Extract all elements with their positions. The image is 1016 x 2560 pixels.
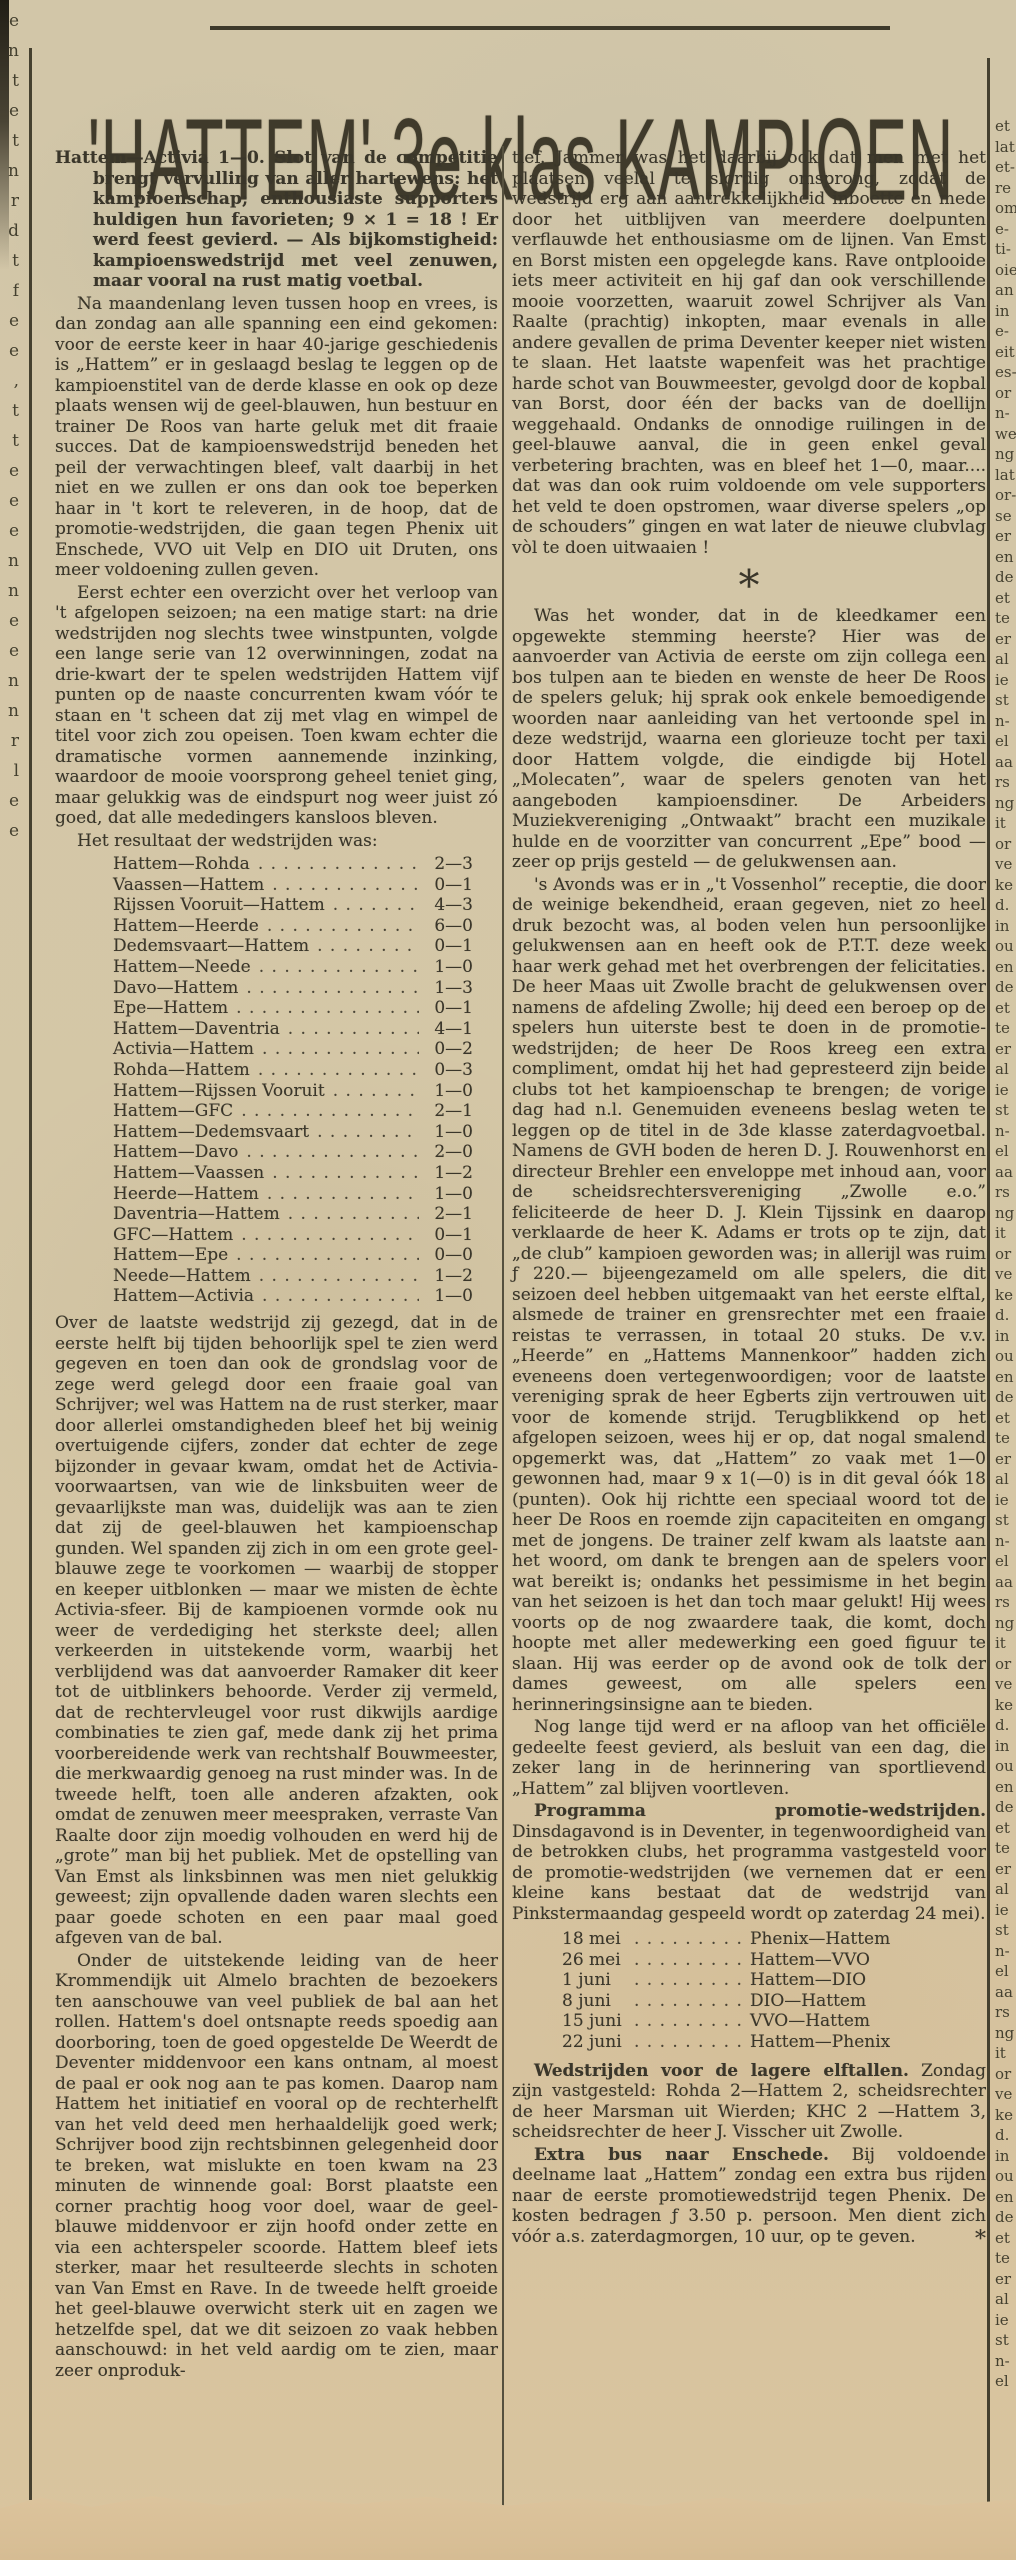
edge-fragment-letter: e (0, 516, 19, 546)
edge-fragment-letter: om (995, 198, 1016, 219)
schedule-row: 8 juni DIO—Hattem (562, 1991, 962, 2012)
paragraph-na-maandenlang: Na maandenlang leven tussen hoop en vree… (55, 294, 498, 581)
edge-fragment-letter: d. (995, 2125, 1016, 2146)
paragraph-eerst-echter: Eerst echter een overzicht over het verl… (55, 583, 498, 829)
schedule-row: 1 juni Hattem—DIO (562, 1970, 962, 1991)
edge-fragment-letter: n (0, 36, 19, 66)
lagere-title: Wedstrijden voor de lagere elftallen. (534, 2061, 909, 2081)
edge-fragment-letter: el (995, 1141, 1016, 1162)
dot-leader (267, 916, 419, 937)
edge-fragment-letter: te (995, 1838, 1016, 1859)
dot-leader (288, 1204, 419, 1225)
result-score: 0—1 (427, 998, 473, 1019)
edge-fragment-letter: en (995, 1367, 1016, 1388)
result-score: 2—1 (427, 1204, 473, 1225)
result-row: Davo—Hattem 1—3 (113, 978, 473, 999)
edge-fragment-letter: el (995, 2371, 1016, 2392)
edge-fragment-letter: n- (995, 1121, 1016, 1142)
extra-bus-title: Extra bus naar Enschede. (534, 2145, 829, 2165)
result-row: Hattem—Heerde 6—0 (113, 916, 473, 937)
torn-bottom-edge (0, 2492, 1016, 2560)
edge-fragment-letter: ke (995, 1695, 1016, 1716)
edge-fragment-letter: en (995, 1777, 1016, 1798)
paragraph-tief: tief. Jammer was het daarbij ook dat men… (512, 148, 986, 558)
edge-fragment-letter: it (995, 1223, 1016, 1244)
schedule-row: 26 mei Hattem—VVO (562, 1950, 962, 1971)
result-row: Hattem—Neede 1—0 (113, 957, 473, 978)
result-row: Hattem—Rijssen Vooruit 1—0 (113, 1081, 473, 1102)
edge-fragment-letter: el (995, 1551, 1016, 1572)
result-score: 1—2 (427, 1163, 473, 1184)
edge-fragment-letter: ie (995, 670, 1016, 691)
edge-fragment-letter: ti- (995, 239, 1016, 260)
schedule-date: 26 mei (562, 1950, 626, 1971)
result-match: Hattem—Vaassen (113, 1163, 264, 1184)
result-score: 1—0 (427, 1081, 473, 1102)
edge-fragment-letter: al (995, 1059, 1016, 1080)
result-row: Neede—Hattem 1—2 (113, 1266, 473, 1287)
dot-leader (246, 978, 419, 999)
edge-fragment-letter: el (995, 731, 1016, 752)
left-column-rule (29, 48, 32, 2500)
article-right-column: tief. Jammer was het daarbij ook dat men… (512, 148, 986, 2249)
edge-fragment-letter: n- (995, 2351, 1016, 2372)
schedule-match: Hattem—DIO (750, 1970, 955, 1991)
edge-fragment-letter: st (995, 2330, 1016, 2351)
edge-fragment-letter: et (995, 998, 1016, 1019)
result-score: 2—0 (427, 1142, 473, 1163)
result-score: 2—1 (427, 1101, 473, 1122)
result-score: 1—2 (427, 1266, 473, 1287)
edge-fragment-letter: rs (995, 1592, 1016, 1613)
edge-fragment-letter: ng (995, 2023, 1016, 2044)
schedule-date: 8 juni (562, 1991, 626, 2012)
edge-fragment-letter: aa (995, 752, 1016, 773)
edge-fragment-letter: er (995, 629, 1016, 650)
edge-fragment-letter: d. (995, 1305, 1016, 1326)
edge-fragment-letter: e- (995, 321, 1016, 342)
dot-leader (288, 1019, 419, 1040)
edge-fragment-letter: in (995, 301, 1016, 322)
edge-fragment-letter: t (0, 396, 19, 426)
schedule-date: 18 mei (562, 1929, 626, 1950)
schedule-match: Hattem—VVO (750, 1950, 955, 1971)
edge-fragment-letter: ng (995, 1613, 1016, 1634)
edge-fragment-letter: d. (995, 895, 1016, 916)
result-score: 1—3 (427, 978, 473, 999)
result-score: 1—0 (427, 957, 473, 978)
result-match: Hattem—Epe (113, 1245, 228, 1266)
edge-fragment-letter: et- (995, 157, 1016, 178)
edge-fragment-letter: st (995, 1100, 1016, 1121)
edge-fragment-letter: or (995, 383, 1016, 404)
result-match: Activia—Hattem (113, 1039, 254, 1060)
paragraph-nog-lange-tijd: Nog lange tijd werd er na afloop van het… (512, 1717, 986, 1799)
result-match: GFC—Hattem (113, 1225, 233, 1246)
results-intro: Het resultaat der wedstrijden was: (55, 831, 498, 852)
schedule-row: 22 juni Hattem—Phenix (562, 2032, 962, 2053)
edge-fragment-letter: t (0, 426, 19, 456)
result-match: Vaassen—Hattem (113, 875, 264, 896)
edge-fragment-letter: de (995, 977, 1016, 998)
edge-fragment-letter: e (0, 456, 19, 486)
edge-fragment-letter: e- (995, 219, 1016, 240)
edge-fragment-letter: ve (995, 2084, 1016, 2105)
edge-fragment-letter: ke (995, 2105, 1016, 2126)
edge-fragment-letter: t (0, 126, 19, 156)
edge-fragment-letter: r (0, 726, 19, 756)
edge-fragment-letter: or (995, 1654, 1016, 1675)
result-match: Rohda—Hattem (113, 1060, 250, 1081)
schedule-match: Hattem—Phenix (750, 2032, 955, 2053)
article-left-column: Hattem—Activia 1—0. Slot van de competit… (55, 148, 498, 2383)
edge-fragment-letter: t (0, 66, 19, 96)
edge-fragment-letter: aa (995, 1162, 1016, 1183)
edge-fragment-letter: e (0, 486, 19, 516)
edge-fragment-letter: in (995, 1736, 1016, 1757)
result-score: 0—1 (427, 1225, 473, 1246)
edge-fragment-letter: ke (995, 875, 1016, 896)
edge-fragment-letter: ou (995, 2166, 1016, 2187)
result-match: Neede—Hattem (113, 1266, 251, 1287)
dot-leader (258, 854, 419, 875)
left-edge-column-fragments: entetnrdtfee,tteeenneennrlee (0, 6, 19, 886)
edge-fragment-letter: l (0, 756, 19, 786)
result-match: Hattem—Neede (113, 957, 251, 978)
edge-fragment-letter: lat (995, 137, 1016, 158)
asterisk-divider: * (512, 566, 986, 596)
edge-fragment-letter: se (995, 506, 1016, 527)
edge-fragment-letter: ie (995, 2310, 1016, 2331)
newspaper-clipping: entetnrdtfee,tteeenneennrlee 'HATTEM' 3e… (0, 0, 1016, 2560)
dot-leader (241, 1101, 419, 1122)
edge-fragment-letter: ie (995, 1900, 1016, 1921)
edge-fragment-letter: t (0, 246, 19, 276)
dot-leader (259, 1266, 419, 1287)
dot-leader (262, 1039, 419, 1060)
schedule-row: 18 mei Phenix—Hattem (562, 1929, 962, 1950)
edge-fragment-letter: et (995, 116, 1016, 137)
dot-leader (634, 1991, 742, 2012)
result-row: Hattem—Vaassen 1—2 (113, 1163, 473, 1184)
dot-leader (236, 998, 419, 1019)
result-match: Hattem—Daventria (113, 1019, 280, 1040)
edge-fragment-letter: ng (995, 1203, 1016, 1224)
edge-fragment-letter: ve (995, 854, 1016, 875)
result-score: 0—2 (427, 1039, 473, 1060)
schedule-date: 15 juni (562, 2011, 626, 2032)
edge-fragment-letter: et (995, 588, 1016, 609)
dot-leader (272, 1163, 419, 1184)
edge-fragment-letter: de (995, 1387, 1016, 1408)
edge-fragment-letter: er (995, 1039, 1016, 1060)
edge-fragment-letter: in (995, 916, 1016, 937)
edge-fragment-letter: , (0, 366, 19, 396)
edge-fragment-letter: en (995, 547, 1016, 568)
result-row: Rijssen Vooruit—Hattem 4—3 (113, 895, 473, 916)
edge-fragment-letter: er (995, 1859, 1016, 1880)
dot-leader (333, 1081, 419, 1102)
programma-title: Programma promotie-wedstrijden. (534, 1801, 986, 1821)
edge-fragment-letter: n- (995, 403, 1016, 424)
edge-fragment-letter: ou (995, 936, 1016, 957)
paragraph-onder-de-uitstekende: Onder de uitstekende leiding van de heer… (55, 1951, 498, 2382)
dot-leader (634, 1950, 742, 1971)
edge-fragment-letter: in (995, 1326, 1016, 1347)
result-score: 2—3 (427, 854, 473, 875)
result-score: 4—1 (427, 1019, 473, 1040)
result-row: Vaassen—Hattem 0—1 (113, 875, 473, 896)
edge-fragment-letter: n- (995, 711, 1016, 732)
dot-leader (634, 1929, 742, 1950)
edge-fragment-letter: e (0, 606, 19, 636)
edge-fragment-letter: it (995, 2043, 1016, 2064)
right-edge-column-fragments: etlatet-reome-ti-oieanine-eites-orn-weng… (995, 116, 1016, 2416)
edge-fragment-letter: te (995, 1018, 1016, 1039)
result-row: Hattem—GFC 2—1 (113, 1101, 473, 1122)
dot-leader (262, 1286, 419, 1307)
edge-fragment-letter: ie (995, 1490, 1016, 1511)
edge-fragment-letter: an (995, 280, 1016, 301)
dot-leader (258, 1060, 419, 1081)
edge-fragment-letter: d (0, 216, 19, 246)
edge-fragment-letter: eit (995, 342, 1016, 363)
result-row: Activia—Hattem 0—2 (113, 1039, 473, 1060)
column-divider-rule (502, 146, 504, 2506)
result-match: Epe—Hattem (113, 998, 228, 1019)
edge-fragment-letter: n- (995, 1531, 1016, 1552)
result-match: Rijssen Vooruit—Hattem (113, 895, 325, 916)
edge-fragment-letter: in (995, 2146, 1016, 2167)
result-match: Hattem—GFC (113, 1101, 233, 1122)
result-score: 6—0 (427, 916, 473, 937)
edge-fragment-letter: ve (995, 1264, 1016, 1285)
dot-leader (241, 1225, 419, 1246)
edge-fragment-letter: en (995, 2187, 1016, 2208)
edge-fragment-letter: ng (995, 444, 1016, 465)
dot-leader (272, 875, 419, 896)
result-match: Hattem—Dedemsvaart (113, 1122, 309, 1143)
result-row: Rohda—Hattem 0—3 (113, 1060, 473, 1081)
result-match: Daventria—Hattem (113, 1204, 280, 1225)
result-match: Hattem—Rijssen Vooruit (113, 1081, 325, 1102)
dot-leader (259, 957, 419, 978)
result-match: Hattem—Heerde (113, 916, 259, 937)
paragraph-s-avonds: 's Avonds was er in „'t Vossenhol” recep… (512, 875, 986, 1716)
edge-fragment-letter: es- (995, 362, 1016, 383)
edge-fragment-letter: re (995, 178, 1016, 199)
edge-fragment-letter: et (995, 1408, 1016, 1429)
result-row: GFC—Hattem 0—1 (113, 1225, 473, 1246)
edge-fragment-letter: aa (995, 1982, 1016, 2003)
result-score: 4—3 (427, 895, 473, 916)
programma-text: Dinsdagavond is in Deventer, in tegenwoo… (512, 1822, 986, 1924)
edge-fragment-letter: er (995, 2269, 1016, 2290)
result-match: Dedemsvaart—Hattem (113, 936, 309, 957)
schedule-match: DIO—Hattem (750, 1991, 955, 2012)
result-row: Epe—Hattem 0—1 (113, 998, 473, 1019)
edge-fragment-letter: lat (995, 465, 1016, 486)
result-score: 1—0 (427, 1286, 473, 1307)
edge-fragment-letter: it (995, 813, 1016, 834)
edge-fragment-letter: en (995, 957, 1016, 978)
promotion-schedule-table: 18 mei Phenix—Hattem 26 mei Hattem—VVO 1… (562, 1929, 962, 2053)
edge-fragment-letter: or (995, 2064, 1016, 2085)
edge-fragment-letter: n (0, 546, 19, 576)
edge-fragment-letter: ie (995, 1080, 1016, 1101)
edge-fragment-letter: et (995, 2228, 1016, 2249)
edge-fragment-letter: ng (995, 793, 1016, 814)
dot-leader (333, 895, 419, 916)
end-star-icon: * (953, 2233, 986, 2247)
schedule-row: 15 juni VVO—Hattem (562, 2011, 962, 2032)
edge-fragment-letter: de (995, 1797, 1016, 1818)
result-row: Hattem—Rohda 2—3 (113, 854, 473, 875)
edge-fragment-letter: ve (995, 1674, 1016, 1695)
dot-leader (634, 1970, 742, 1991)
edge-fragment-letter: ou (995, 1346, 1016, 1367)
edge-fragment-letter: te (995, 2248, 1016, 2269)
schedule-date: 22 juni (562, 2032, 626, 2053)
schedule-match: Phenix—Hattem (750, 1929, 955, 1950)
edge-fragment-letter: rs (995, 1182, 1016, 1203)
result-row: Hattem—Epe 0—0 (113, 1245, 473, 1266)
edge-fragment-letter: n (0, 576, 19, 606)
edge-fragment-letter: or- (995, 485, 1016, 506)
edge-fragment-letter: e (0, 786, 19, 816)
edge-fragment-letter: e (0, 816, 19, 846)
edge-fragment-letter: st (995, 690, 1016, 711)
dot-leader (634, 2011, 742, 2032)
edge-fragment-letter: we (995, 424, 1016, 445)
result-row: Hattem—Daventria 4—1 (113, 1019, 473, 1040)
edge-fragment-letter: aa (995, 1572, 1016, 1593)
result-score: 0—3 (427, 1060, 473, 1081)
edge-fragment-letter: e (0, 96, 19, 126)
edge-fragment-letter: ou (995, 1756, 1016, 1777)
result-score: 1—0 (427, 1122, 473, 1143)
edge-fragment-letter: et (995, 1818, 1016, 1839)
result-row: Daventria—Hattem 2—1 (113, 1204, 473, 1225)
edge-fragment-letter: te (995, 1428, 1016, 1449)
edge-fragment-letter: r (0, 186, 19, 216)
asterisk-icon: * (739, 576, 760, 596)
edge-fragment-letter: de (995, 567, 1016, 588)
edge-fragment-letter: al (995, 1469, 1016, 1490)
paragraph-programma: Programma promotie-wedstrijden. Dinsdaga… (512, 1801, 986, 1924)
dot-leader (267, 1184, 419, 1205)
paragraph-over-de-laatste: Over de laatste wedstrijd zij gezegd, da… (55, 1313, 498, 1949)
edge-fragment-letter: n (0, 666, 19, 696)
edge-fragment-letter: st (995, 1510, 1016, 1531)
result-match: Hattem—Activia (113, 1286, 254, 1307)
edge-fragment-letter: st (995, 1920, 1016, 1941)
dot-leader (634, 2032, 742, 2053)
dot-leader (317, 936, 419, 957)
edge-fragment-letter: e (0, 336, 19, 366)
edge-fragment-letter: er (995, 1449, 1016, 1470)
edge-fragment-letter: al (995, 649, 1016, 670)
schedule-match: VVO—Hattem (750, 2011, 955, 2032)
edge-fragment-letter: te (995, 608, 1016, 629)
edge-fragment-letter: rs (995, 2002, 1016, 2023)
result-score: 0—1 (427, 936, 473, 957)
right-column-rule (987, 58, 990, 2504)
paragraph-extra-bus: Extra bus naar Enschede. Bij voldoende d… (512, 2145, 986, 2248)
edge-fragment-letter: al (995, 2289, 1016, 2310)
edge-fragment-letter: n- (995, 1941, 1016, 1962)
result-match: Davo—Hattem (113, 978, 238, 999)
result-match: Hattem—Davo (113, 1142, 238, 1163)
result-score: 0—1 (427, 875, 473, 896)
edge-fragment-letter: f (0, 276, 19, 306)
edge-fragment-letter: e (0, 6, 19, 36)
schedule-date: 1 juni (562, 1970, 626, 1991)
paragraph-lagere-elftallen: Wedstrijden voor de lagere elftallen. Zo… (512, 2061, 986, 2143)
dot-leader (246, 1142, 419, 1163)
result-score: 1—0 (427, 1184, 473, 1205)
edge-fragment-letter: e (0, 636, 19, 666)
result-match: Heerde—Hattem (113, 1184, 259, 1205)
edge-fragment-letter: er (995, 526, 1016, 547)
lead-paragraph: Hattem—Activia 1—0. Slot van de competit… (55, 148, 498, 292)
edge-fragment-letter: rs (995, 772, 1016, 793)
edge-fragment-letter: ke (995, 1285, 1016, 1306)
edge-fragment-letter: d. (995, 1715, 1016, 1736)
edge-fragment-letter: n (0, 156, 19, 186)
paragraph-was-het-wonder: Was het wonder, dat in de kleedkamer een… (512, 606, 986, 873)
headline-top-rule (210, 26, 890, 30)
edge-fragment-letter: al (995, 1879, 1016, 1900)
edge-fragment-letter: el (995, 1961, 1016, 1982)
result-score: 0—0 (427, 1245, 473, 1266)
dot-leader (317, 1122, 419, 1143)
edge-fragment-letter: oie (995, 260, 1016, 281)
result-row: Hattem—Davo 2—0 (113, 1142, 473, 1163)
result-row: Hattem—Activia 1—0 (113, 1286, 473, 1307)
result-match: Hattem—Rohda (113, 854, 250, 875)
edge-fragment-letter: n (0, 696, 19, 726)
dot-leader (236, 1245, 419, 1266)
result-row: Dedemsvaart—Hattem 0—1 (113, 936, 473, 957)
edge-fragment-letter: or (995, 1244, 1016, 1265)
edge-fragment-letter: or (995, 834, 1016, 855)
result-row: Hattem—Dedemsvaart 1—0 (113, 1122, 473, 1143)
season-results-table: Hattem—Rohda 2—3 Vaassen—Hattem 0—1 Rijs… (113, 854, 473, 1307)
result-row: Heerde—Hattem 1—0 (113, 1184, 473, 1205)
edge-fragment-letter: e (0, 306, 19, 336)
edge-fragment-letter: de (995, 2207, 1016, 2228)
edge-fragment-letter: it (995, 1633, 1016, 1654)
